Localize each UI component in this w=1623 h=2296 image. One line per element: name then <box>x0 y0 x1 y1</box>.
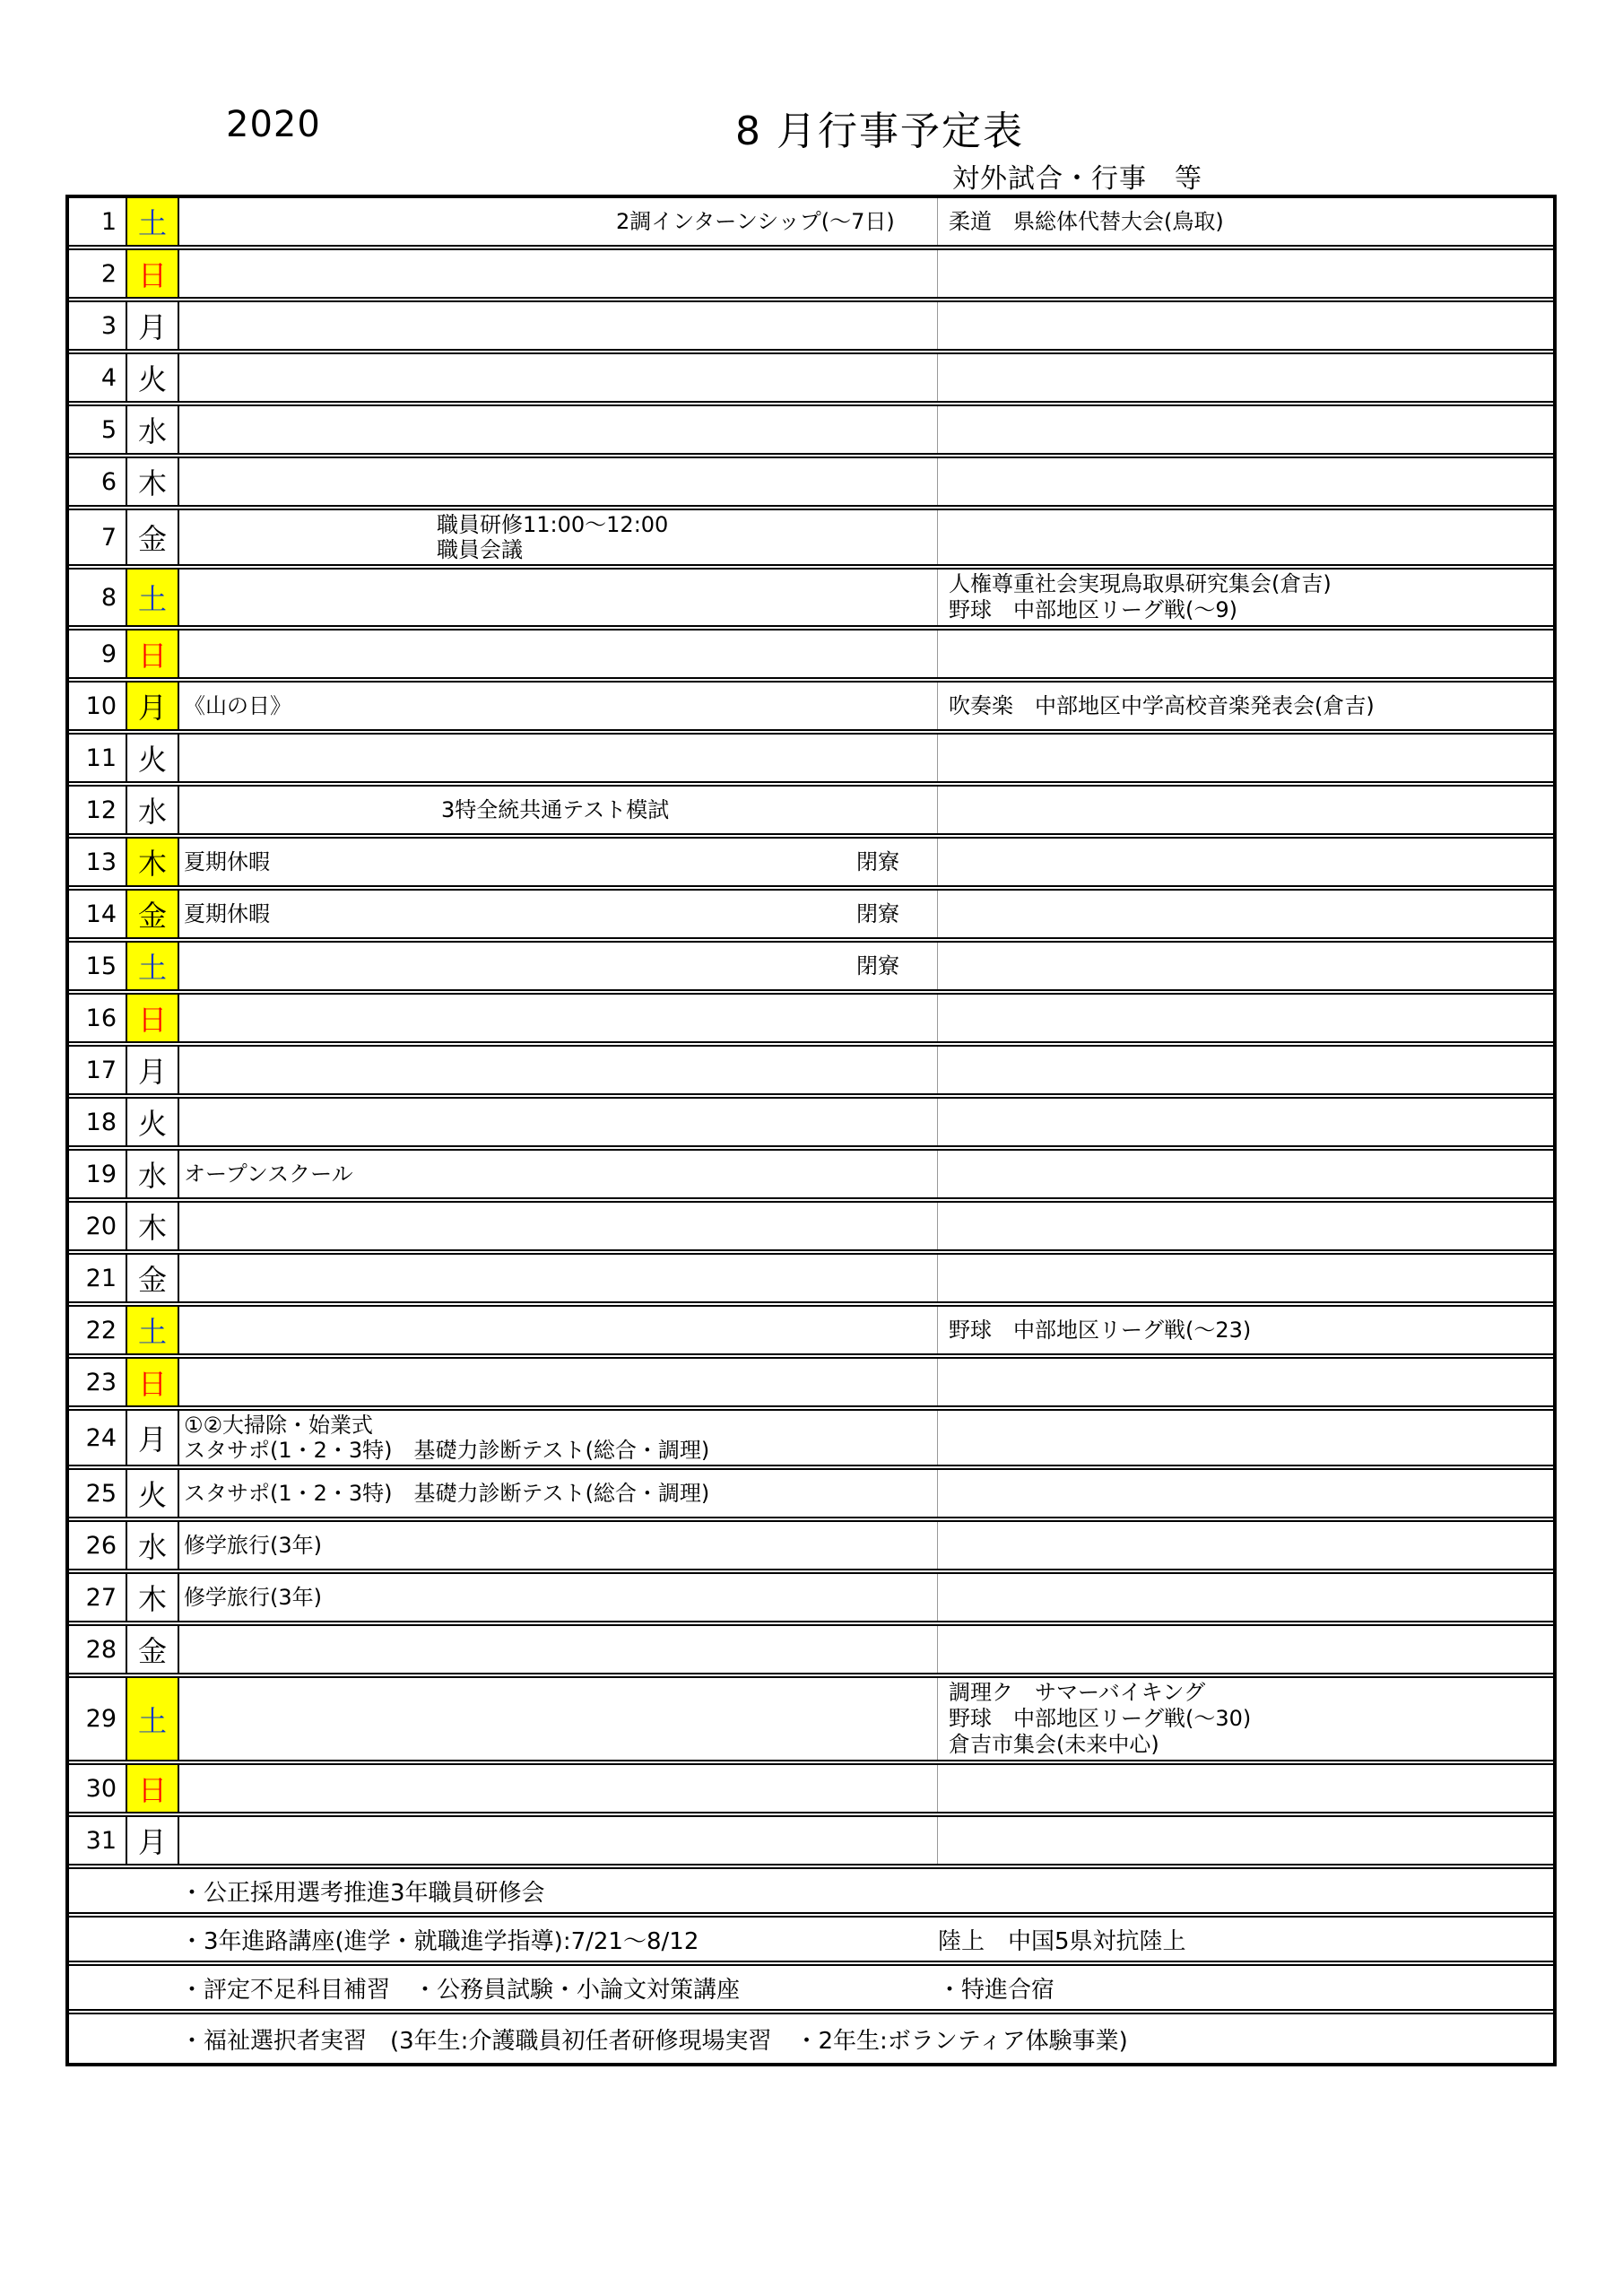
day-number: 31 <box>69 1817 127 1864</box>
external-events-cell <box>938 1574 1553 1621</box>
note-row: ・公正採用選考推進3年職員研修会 <box>69 1869 1553 1918</box>
schedule-table: 1土2調インターンシップ(〜7日)柔道 県総体代替大会(鳥取)2日3月4火5水6… <box>65 195 1557 2066</box>
table-row: 29土調理ク サマーバイキング野球 中部地区リーグ戦(〜30)倉吉市集会(未来中… <box>69 1678 1553 1765</box>
external-events-cell <box>938 891 1553 937</box>
external-events-cell <box>938 1765 1553 1812</box>
day-of-week: 月 <box>127 1047 179 1093</box>
table-row: 27木修学旅行(3年) <box>69 1574 1553 1626</box>
events-cell <box>179 570 938 625</box>
external-events-cell: 野球 中部地区リーグ戦(〜23) <box>938 1307 1553 1353</box>
table-row: 3月 <box>69 302 1553 354</box>
day-number: 4 <box>69 354 127 401</box>
day-of-week: 月 <box>127 302 179 349</box>
day-of-week: 水 <box>127 1151 179 1197</box>
events-cell <box>179 995 938 1041</box>
day-number: 28 <box>69 1626 127 1673</box>
note-text: ・3年進路講座(進学・就職進学指導):7/21〜8/12 <box>69 1923 699 1956</box>
events-cell <box>179 1099 938 1145</box>
day-of-week: 水 <box>127 406 179 453</box>
day-number: 22 <box>69 1307 127 1353</box>
event-text: 修学旅行(3年) <box>184 1585 322 1610</box>
event-line: ①②大掃除・始業式 <box>184 1413 937 1438</box>
external-column-title: 対外試合・行事 等 <box>952 156 1202 196</box>
table-row: 7金職員研修11:00〜12:00職員会議 <box>69 510 1553 570</box>
events-cell <box>179 1203 938 1249</box>
day-number: 1 <box>69 198 127 245</box>
table-row: 22土野球 中部地区リーグ戦(〜23) <box>69 1307 1553 1359</box>
events-cell <box>179 1307 938 1353</box>
day-of-week: 金 <box>127 510 179 564</box>
events-cell <box>179 458 938 505</box>
external-events-cell <box>938 1522 1553 1569</box>
events-cell: 2調インターンシップ(〜7日) <box>179 198 938 245</box>
table-row: 1土2調インターンシップ(〜7日)柔道 県総体代替大会(鳥取) <box>69 198 1553 250</box>
external-events-cell <box>938 458 1553 505</box>
day-of-week: 水 <box>127 1522 179 1569</box>
events-cell <box>179 735 938 781</box>
external-events-cell <box>938 1411 1553 1465</box>
events-cell <box>179 406 938 453</box>
day-number: 17 <box>69 1047 127 1093</box>
events-cell: ①②大掃除・始業式スタサポ(1・2・3特) 基礎力診断テスト(総合・調理) <box>179 1411 938 1465</box>
event-text: 2調インターンシップ(〜7日) <box>616 209 895 234</box>
day-of-week: 土 <box>127 1307 179 1353</box>
table-row: 13木夏期休暇閉寮 <box>69 839 1553 891</box>
table-row: 20木 <box>69 1203 1553 1255</box>
table-row: 25火スタサポ(1・2・3特) 基礎力診断テスト(総合・調理) <box>69 1470 1553 1522</box>
events-cell <box>179 354 938 401</box>
day-of-week: 火 <box>127 354 179 401</box>
day-number: 16 <box>69 995 127 1041</box>
day-of-week: 水 <box>127 787 179 833</box>
day-of-week: 月 <box>127 1817 179 1864</box>
day-number: 29 <box>69 1678 127 1760</box>
day-number: 20 <box>69 1203 127 1249</box>
day-number: 25 <box>69 1470 127 1517</box>
external-events-cell <box>938 1817 1553 1864</box>
day-number: 27 <box>69 1574 127 1621</box>
day-number: 5 <box>69 406 127 453</box>
events-cell <box>179 1626 938 1673</box>
external-event-line: 野球 中部地区リーグ戦(〜30) <box>949 1706 1553 1732</box>
events-cell: 《山の日》 <box>179 683 938 729</box>
external-events-cell: 柔道 県総体代替大会(鳥取) <box>938 198 1553 245</box>
day-of-week: 日 <box>127 995 179 1041</box>
event-line: 夏期休暇閉寮 <box>184 901 937 926</box>
note-row: ・評定不足科目補習 ・公務員試験・小論文対策講座・特進合宿 <box>69 1966 1553 2014</box>
table-row: 10月《山の日》吹奏楽 中部地区中学高校音楽発表会(倉吉) <box>69 683 1553 735</box>
events-cell: 夏期休暇閉寮 <box>179 839 938 885</box>
day-number: 7 <box>69 510 127 564</box>
note-text-right: 陸上 中国5県対抗陸上 <box>938 1923 1186 1956</box>
event-line: 職員研修11:00〜12:00 <box>184 512 937 537</box>
event-line: 《山の日》 <box>184 693 937 718</box>
external-events-cell <box>938 1359 1553 1405</box>
table-row: 26水修学旅行(3年) <box>69 1522 1553 1574</box>
event-text: オープンスクール <box>184 1161 353 1187</box>
day-of-week: 土 <box>127 198 179 245</box>
event-line: 修学旅行(3年) <box>184 1533 937 1558</box>
table-row: 30日 <box>69 1765 1553 1817</box>
table-row: 14金夏期休暇閉寮 <box>69 891 1553 943</box>
external-event-line: 倉吉市集会(未来中心) <box>949 1732 1553 1758</box>
table-row: 4火 <box>69 354 1553 406</box>
day-number: 14 <box>69 891 127 937</box>
event-line: 3特全統共通テスト模試 <box>184 797 937 822</box>
year-label: 2020 <box>226 104 321 145</box>
table-row: 21金 <box>69 1255 1553 1307</box>
event-line: オープンスクール <box>184 1161 937 1187</box>
event-text-right: 閉寮 <box>856 901 937 926</box>
table-row: 15土閉寮 <box>69 943 1553 995</box>
table-row: 18火 <box>69 1099 1553 1151</box>
events-cell <box>179 1765 938 1812</box>
note-row: ・3年進路講座(進学・就職進学指導):7/21〜8/12陸上 中国5県対抗陸上 <box>69 1918 1553 1966</box>
day-number: 6 <box>69 458 127 505</box>
events-cell: 修学旅行(3年) <box>179 1522 938 1569</box>
events-cell <box>179 1678 938 1760</box>
day-number: 21 <box>69 1255 127 1301</box>
table-row: 16日 <box>69 995 1553 1047</box>
external-events-cell: 人権尊重社会実現鳥取県研究集会(倉吉)野球 中部地区リーグ戦(〜9) <box>938 570 1553 625</box>
external-events-cell <box>938 839 1553 885</box>
event-text-right: 閉寮 <box>856 953 937 978</box>
day-number: 26 <box>69 1522 127 1569</box>
events-cell: 職員研修11:00〜12:00職員会議 <box>179 510 938 564</box>
table-row: 19水オープンスクール <box>69 1151 1553 1203</box>
external-events-cell <box>938 1099 1553 1145</box>
event-line: スタサポ(1・2・3特) 基礎力診断テスト(総合・調理) <box>184 1438 937 1463</box>
table-row: 9日 <box>69 631 1553 683</box>
event-text: 夏期休暇 <box>184 849 270 874</box>
event-text: 《山の日》 <box>184 693 291 718</box>
day-number: 18 <box>69 1099 127 1145</box>
external-event-line: 野球 中部地区リーグ戦(〜23) <box>949 1318 1553 1344</box>
day-of-week: 日 <box>127 1359 179 1405</box>
day-of-week: 日 <box>127 631 179 677</box>
day-of-week: 土 <box>127 943 179 989</box>
day-number: 12 <box>69 787 127 833</box>
day-of-week: 月 <box>127 683 179 729</box>
external-events-cell <box>938 510 1553 564</box>
external-event-line: 調理ク サマーバイキング <box>949 1680 1553 1706</box>
event-line: 修学旅行(3年) <box>184 1585 937 1610</box>
events-cell <box>179 250 938 297</box>
event-line: 職員会議 <box>184 537 937 562</box>
events-cell <box>179 1047 938 1093</box>
event-text: 修学旅行(3年) <box>184 1533 322 1558</box>
note-text: ・公正採用選考推進3年職員研修会 <box>69 1874 545 1908</box>
events-cell: 修学旅行(3年) <box>179 1574 938 1621</box>
day-of-week: 火 <box>127 735 179 781</box>
day-number: 24 <box>69 1411 127 1465</box>
external-event-line: 野球 中部地区リーグ戦(〜9) <box>949 597 1553 623</box>
events-cell: スタサポ(1・2・3特) 基礎力診断テスト(総合・調理) <box>179 1470 938 1517</box>
external-events-cell <box>938 995 1553 1041</box>
day-number: 10 <box>69 683 127 729</box>
event-text: 職員会議 <box>437 537 523 562</box>
day-number: 8 <box>69 570 127 625</box>
table-row: 6木 <box>69 458 1553 510</box>
table-row: 8土人権尊重社会実現鳥取県研究集会(倉吉)野球 中部地区リーグ戦(〜9) <box>69 570 1553 631</box>
day-of-week: 金 <box>127 1255 179 1301</box>
day-of-week: 日 <box>127 250 179 297</box>
event-text: 夏期休暇 <box>184 901 270 926</box>
event-text: 3特全統共通テスト模試 <box>441 797 669 822</box>
external-event-line: 人権尊重社会実現鳥取県研究集会(倉吉) <box>949 571 1553 597</box>
event-text: ①②大掃除・始業式 <box>184 1413 373 1438</box>
events-cell: オープンスクール <box>179 1151 938 1197</box>
table-row: 12水3特全統共通テスト模試 <box>69 787 1553 839</box>
external-events-cell <box>938 1626 1553 1673</box>
event-line: スタサポ(1・2・3特) 基礎力診断テスト(総合・調理) <box>184 1481 937 1506</box>
external-event-line: 吹奏楽 中部地区中学高校音楽発表会(倉吉) <box>949 693 1553 719</box>
external-events-cell <box>938 943 1553 989</box>
external-events-cell <box>938 1151 1553 1197</box>
day-of-week: 木 <box>127 1574 179 1621</box>
day-number: 9 <box>69 631 127 677</box>
event-line: 2調インターンシップ(〜7日) <box>184 209 937 234</box>
day-number: 23 <box>69 1359 127 1405</box>
day-of-week: 日 <box>127 1765 179 1812</box>
day-number: 2 <box>69 250 127 297</box>
external-events-cell <box>938 1203 1553 1249</box>
events-cell: 閉寮 <box>179 943 938 989</box>
day-number: 19 <box>69 1151 127 1197</box>
table-row: 31月 <box>69 1817 1553 1869</box>
table-row: 2日 <box>69 250 1553 302</box>
external-events-cell <box>938 354 1553 401</box>
day-number: 15 <box>69 943 127 989</box>
event-text: スタサポ(1・2・3特) 基礎力診断テスト(総合・調理) <box>184 1481 709 1506</box>
table-row: 28金 <box>69 1626 1553 1678</box>
external-events-cell <box>938 406 1553 453</box>
table-row: 23日 <box>69 1359 1553 1411</box>
note-text: ・福祉選択者実習 (3年生:介護職員初任者研修現場実習 ・2年生:ボランティア体… <box>69 2022 1128 2056</box>
table-row: 17月 <box>69 1047 1553 1099</box>
day-number: 11 <box>69 735 127 781</box>
events-cell <box>179 1359 938 1405</box>
day-of-week: 金 <box>127 891 179 937</box>
table-row: 11火 <box>69 735 1553 787</box>
events-cell: 夏期休暇閉寮 <box>179 891 938 937</box>
day-number: 30 <box>69 1765 127 1812</box>
events-cell <box>179 1817 938 1864</box>
external-events-cell <box>938 302 1553 349</box>
events-cell <box>179 1255 938 1301</box>
day-of-week: 金 <box>127 1626 179 1673</box>
day-number: 3 <box>69 302 127 349</box>
external-events-cell <box>938 631 1553 677</box>
day-of-week: 火 <box>127 1470 179 1517</box>
note-text-right: ・特進合宿 <box>938 1971 1055 2005</box>
event-text: 職員研修11:00〜12:00 <box>437 512 668 537</box>
day-of-week: 木 <box>127 839 179 885</box>
day-number: 13 <box>69 839 127 885</box>
event-text: スタサポ(1・2・3特) 基礎力診断テスト(総合・調理) <box>184 1438 709 1463</box>
events-cell <box>179 302 938 349</box>
external-events-cell <box>938 1255 1553 1301</box>
external-events-cell <box>938 1047 1553 1093</box>
external-events-cell <box>938 1470 1553 1517</box>
events-cell: 3特全統共通テスト模試 <box>179 787 938 833</box>
day-of-week: 火 <box>127 1099 179 1145</box>
external-events-cell: 吹奏楽 中部地区中学高校音楽発表会(倉吉) <box>938 683 1553 729</box>
note-row: ・福祉選択者実習 (3年生:介護職員初任者研修現場実習 ・2年生:ボランティア体… <box>69 2014 1553 2063</box>
external-events-cell <box>938 787 1553 833</box>
day-of-week: 土 <box>127 1678 179 1760</box>
schedule-page: 2020 8 月行事予定表 対外試合・行事 等 1土2調インターンシップ(〜7日… <box>0 0 1623 2296</box>
external-events-cell: 調理ク サマーバイキング野球 中部地区リーグ戦(〜30)倉吉市集会(未来中心) <box>938 1678 1553 1760</box>
note-text: ・評定不足科目補習 ・公務員試験・小論文対策講座 <box>69 1971 740 2005</box>
external-events-cell <box>938 250 1553 297</box>
event-line: 夏期休暇閉寮 <box>184 849 937 874</box>
day-of-week: 土 <box>127 570 179 625</box>
table-row: 24月①②大掃除・始業式スタサポ(1・2・3特) 基礎力診断テスト(総合・調理) <box>69 1411 1553 1470</box>
page-title: 8 月行事予定表 <box>735 99 1024 156</box>
table-row: 5水 <box>69 406 1553 458</box>
day-of-week: 木 <box>127 1203 179 1249</box>
event-text-right: 閉寮 <box>856 849 937 874</box>
day-of-week: 木 <box>127 458 179 505</box>
day-of-week: 月 <box>127 1411 179 1465</box>
event-line: 閉寮 <box>184 953 937 978</box>
external-events-cell <box>938 735 1553 781</box>
events-cell <box>179 631 938 677</box>
external-event-line: 柔道 県総体代替大会(鳥取) <box>949 209 1553 235</box>
